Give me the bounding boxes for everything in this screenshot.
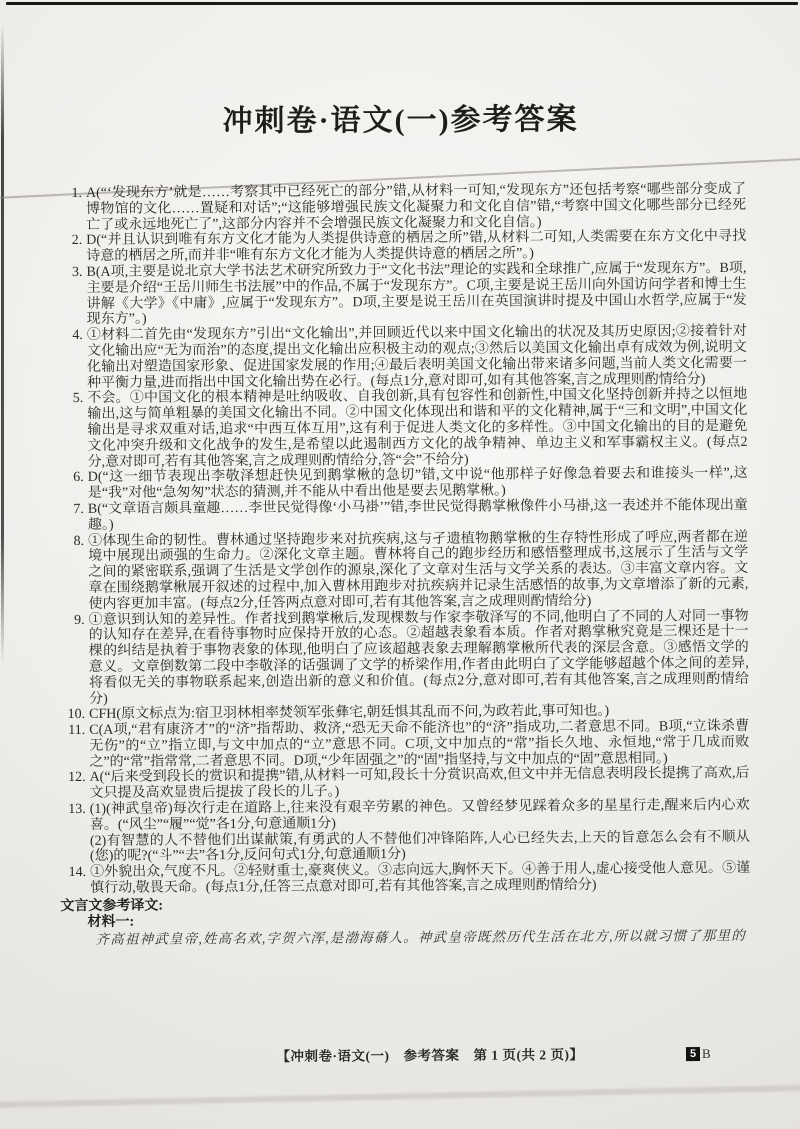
answer-part: C(A项,“君有康济才”的“济”指帮助、救济,“恐无天命不能济也”的“济”指成功…	[89, 719, 749, 770]
answer-part: (1)(神武皇帝)每次行走在道路上,往来没有艰辛劳累的神色。又曾经梦见踩着众多的…	[90, 798, 750, 834]
page-content: 冲刺卷·语文(一)参考答案 1. A(“‘发现东方’就是……考察其中已经死亡的部…	[55, 100, 750, 948]
answer-part: ①体现生命的韧性。曹林通过坚持跑步来对抗疾病,这与孑遗植物鹅掌楸的生存特性形成了…	[88, 529, 748, 612]
answer-text: B(“文章语言颇具童趣……李世民觉得像‘小马褂’”错,李世民觉得鹅掌楸像件小马褂…	[88, 498, 748, 534]
answer-text: D(“这一细节表现出李敬泽想赶快见到鹅掌楸的急切”错,文中说“他那样子好像急着要…	[88, 466, 748, 502]
code-letter: B	[702, 1046, 711, 1062]
answer-text: ①外貌出众,气度不凡。②轻财重士,豪爽侠义。③志向远大,胸怀天下。④善于用人,虚…	[90, 861, 750, 897]
answer-item: 14. ①外貌出众,气度不凡。②轻财重士,豪爽侠义。③志向远大,胸怀天下。④善于…	[60, 861, 750, 897]
answer-text: A(“后来受到段长的赏识和提携”错,从材料一可知,段长十分赏识高欢,但文中并无信…	[89, 766, 749, 802]
answer-text: ①体现生命的韧性。曹林通过坚持跑步来对抗疾病,这与孑遗植物鹅掌楸的生存特性形成了…	[88, 529, 748, 612]
answer-number: 3.	[56, 265, 86, 281]
answer-number: 9.	[59, 612, 89, 628]
answer-part: A(“‘发现东方’就是……考察其中已经死亡的部分”错,从材料一可知,“发现东方”…	[86, 182, 746, 233]
page-title: 冲刺卷·语文(一)参考答案	[55, 100, 745, 142]
answer-item: 4. ①材料二首先由“发现东方”引出“文化输出”,并回顾近代以来中国文化输出的状…	[57, 324, 747, 391]
answer-part: ①材料二首先由“发现东方”引出“文化输出”,并回顾近代以来中国文化输出的状况及其…	[87, 324, 747, 391]
answer-part: ①外貌出众,气度不凡。②轻财重士,豪爽侠义。③志向远大,胸怀天下。④善于用人,虚…	[90, 861, 750, 897]
scan-edge-top-line	[6, 2, 798, 5]
answer-number: 11.	[59, 723, 89, 739]
scan-bottom-crease	[0, 1085, 800, 1108]
answer-item: 9. ①意识到认知的差异性。作者找到鹅掌楸后,发现棵数与作家李敬泽写的不同,他明…	[59, 608, 750, 707]
answer-item: 13. (1)(神武皇帝)每次行走在道路上,往来没有艰辛劳累的神色。又曾经梦见踩…	[60, 798, 750, 865]
answer-number: 2.	[56, 233, 86, 249]
answer-item: 5. 不会。①中国文化的根本精神是吐纳吸收、自我创新,具有包容性和创新性,中国文…	[57, 387, 747, 470]
answer-part: (2)有智慧的人不替他们出谋献策,有勇武的人不替他们冲锋陷阵,人心已经失去,上天…	[90, 830, 750, 866]
answer-text: ①材料二首先由“发现东方”引出“文化输出”,并回顾近代以来中国文化输出的状况及其…	[87, 324, 747, 391]
answer-number: 10.	[59, 707, 89, 723]
answer-number: 12.	[60, 770, 90, 786]
answers-list: 1. A(“‘发现东方’就是……考察其中已经死亡的部分”错,从材料一可知,“发现…	[56, 182, 750, 897]
answer-part: A(“后来受到段长的赏识和提携”错,从材料一可知,段长十分赏识高欢,但文中并无信…	[89, 766, 749, 802]
answer-item: 12. A(“后来受到段长的赏识和提携”错,从材料一可知,段长十分赏识高欢,但文…	[60, 766, 750, 802]
answer-item: 6. D(“这一细节表现出李敬泽想赶快见到鹅掌楸的急切”错,文中说“他那样子好像…	[58, 466, 748, 502]
answer-part: ①意识到认知的差异性。作者找到鹅掌楸后,发现棵数与作家李敬泽写的不同,他明白了不…	[89, 608, 750, 707]
answer-text: (1)(神武皇帝)每次行走在道路上,往来没有艰辛劳累的神色。又曾经梦见踩着众多的…	[90, 798, 750, 865]
page-code-badge: 5 B	[686, 1046, 711, 1062]
code-number-box: 5	[686, 1047, 700, 1061]
answer-number: 8.	[58, 533, 88, 549]
answer-text: ①意识到认知的差异性。作者找到鹅掌楸后,发现棵数与作家李敬泽写的不同,他明白了不…	[89, 608, 750, 707]
answer-part: D(“并且认识到唯有东方文化才能为人类提供诗意的栖居之所”错,从材料二可知,人类…	[86, 229, 746, 265]
answer-text: D(“并且认识到唯有东方文化才能为人类提供诗意的栖居之所”错,从材料二可知,人类…	[86, 229, 746, 265]
answer-text: 不会。①中国文化的根本精神是吐纳吸收、自我创新,具有包容性和创新性,中国文化坚持…	[87, 387, 747, 470]
answer-item: 8. ①体现生命的韧性。曹林通过坚持跑步来对抗疾病,这与孑遗植物鹅掌楸的生存特性…	[58, 529, 748, 612]
answer-part: B(A项,主要是说北京大学书法艺术研究所致力于“文化书法”理论的实践和全球推广,…	[86, 261, 746, 328]
answer-part: D(“这一细节表现出李敬泽想赶快见到鹅掌楸的急切”错,文中说“他那样子好像急着要…	[88, 466, 748, 502]
answer-text: C(A项,“君有康济才”的“济”指帮助、救济,“恐无天命不能济也”的“济”指成功…	[89, 719, 749, 770]
answer-number: 13.	[60, 802, 90, 818]
answer-number: 5.	[57, 391, 87, 407]
footer-text: 【冲刺卷·语文(一) 参考答案 第 1 页(共 2 页)】	[150, 1042, 710, 1065]
answer-number: 4.	[57, 328, 87, 344]
answer-item: 11. C(A项,“君有康济才”的“济”指帮助、救济,“恐无天命不能济也”的“济…	[59, 719, 749, 771]
scanned-answer-sheet: 冲刺卷·语文(一)参考答案 1. A(“‘发现东方’就是……考察其中已经死亡的部…	[0, 0, 800, 1129]
answer-part: 不会。①中国文化的根本精神是吐纳吸收、自我创新,具有包容性和创新性,中国文化坚持…	[87, 387, 747, 470]
answer-item: 7. B(“文章语言颇具童趣……李世民觉得像‘小马褂’”错,李世民觉得鹅掌楸像件…	[58, 498, 748, 534]
answer-number: 6.	[58, 470, 88, 486]
answer-number: 1.	[56, 186, 86, 202]
answer-number: 14.	[60, 865, 90, 881]
answer-part: B(“文章语言颇具童趣……李世民觉得像‘小马褂’”错,李世民觉得鹅掌楸像件小马褂…	[88, 498, 748, 534]
scan-edge-left-line	[1, 24, 4, 664]
answer-item: 2. D(“并且认识到唯有东方文化才能为人类提供诗意的栖居之所”错,从材料二可知…	[56, 229, 746, 265]
answer-text: A(“‘发现东方’就是……考察其中已经死亡的部分”错,从材料一可知,“发现东方”…	[86, 182, 746, 233]
answer-item: 3. B(A项,主要是说北京大学书法艺术研究所致力于“文化书法”理论的实践和全球…	[56, 261, 746, 328]
answer-item: 1. A(“‘发现东方’就是……考察其中已经死亡的部分”错,从材料一可知,“发现…	[56, 182, 746, 234]
translation-text: 齐高祖神武皇帝,姓高名欢,字贺六浑,是渤海蓨人。神武皇帝既然历代生活在北方,所以…	[95, 928, 750, 948]
answer-text: B(A项,主要是说北京大学书法艺术研究所致力于“文化书法”理论的实践和全球推广,…	[86, 261, 746, 328]
answer-number: 7.	[58, 502, 88, 518]
